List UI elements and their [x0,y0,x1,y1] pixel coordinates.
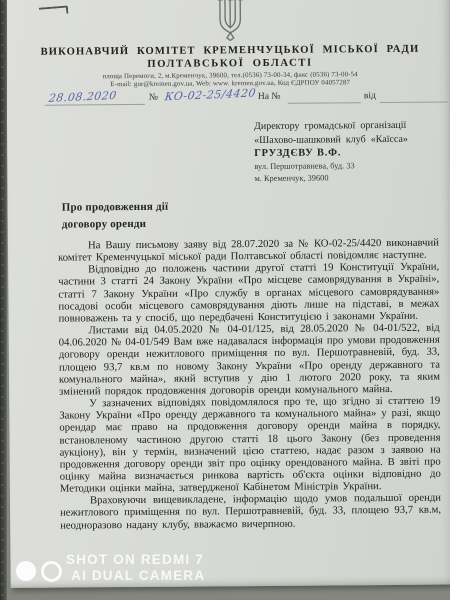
camera-watermark: SHOT ON REDMI 7 AI DUAL CAMERA [0,548,320,600]
camera-dot-icon [16,561,36,581]
watermark-line1: SHOT ON REDMI 7 [66,552,204,567]
letter-subject: Про продовження дії договору оренди [62,199,169,233]
letterhead: ВИКОНАВЧИЙ КОМІТЕТ КРЕМЕНЧУЦЬКОЇ МІСЬКОЇ… [6,0,450,89]
paper-edge-shadow [0,0,7,600]
handwritten-outgoing-number: КО-02-25/4420 [164,86,257,103]
ukraine-trident-icon [213,0,247,41]
recipient-position: Директору громадської організації [254,119,408,134]
letter-paragraph: Листами від 04.05.2020 № 04-01/125, від … [59,322,441,398]
reference-line: 28.08.2020 № КО-02-25/4420 На № від [7,87,450,113]
reply-to-label: На № [258,91,281,102]
from-date-underline [380,102,448,104]
recipient-organization: «Шахово-шашковий клуб «Каїсса» [254,132,408,147]
letter-paragraph: Враховуючи вищевикладене, інформацію щод… [60,492,441,531]
subject-line1: Про продовження дії [62,199,169,216]
camera-ring-icon [41,561,62,582]
from-date-label: від [364,90,376,101]
recipient-city: м. Кременчук, 39600 [254,172,408,185]
photo-background: ВИКОНАВЧИЙ КОМІТЕТ КРЕМЕНЧУЦЬКОЇ МІСЬКОЇ… [0,0,450,600]
letter-paragraph: У зазначених відповідях повідомлялося пр… [59,395,441,495]
reply-number-underline [288,102,361,104]
number-sign: № [149,92,158,103]
recipient-block: Директору громадської організації «Шахов… [254,119,408,185]
date-underline [45,104,145,106]
org-name-line1: ВИКОНАВЧИЙ КОМІТЕТ КРЕМЕНЧУЦЬКОЇ МІСЬКОЇ… [6,43,450,58]
handwritten-date: 28.08.2020 [48,89,118,105]
org-name-line2: ПОЛТАВСЬКОЇ ОБЛАСТІ [7,56,450,71]
watermark-line2: AI DUAL CAMERA [71,568,205,583]
letter-paragraph: Відповідно до положень частини другої ст… [58,261,439,325]
subject-line2: договору оренди [62,215,169,232]
letter-sheet: ВИКОНАВЧИЙ КОМІТЕТ КРЕМЕНЧУЦЬКОЇ МІСЬКОЇ… [6,0,450,588]
recipient-name: ГРУЗДЄВУ В.Ф. [254,146,408,161]
letter-body: На Вашу письмову заяву від 28.07.2020 за… [58,237,441,532]
letter-paragraph: На Вашу письмову заяву від 28.07.2020 за… [58,237,439,264]
